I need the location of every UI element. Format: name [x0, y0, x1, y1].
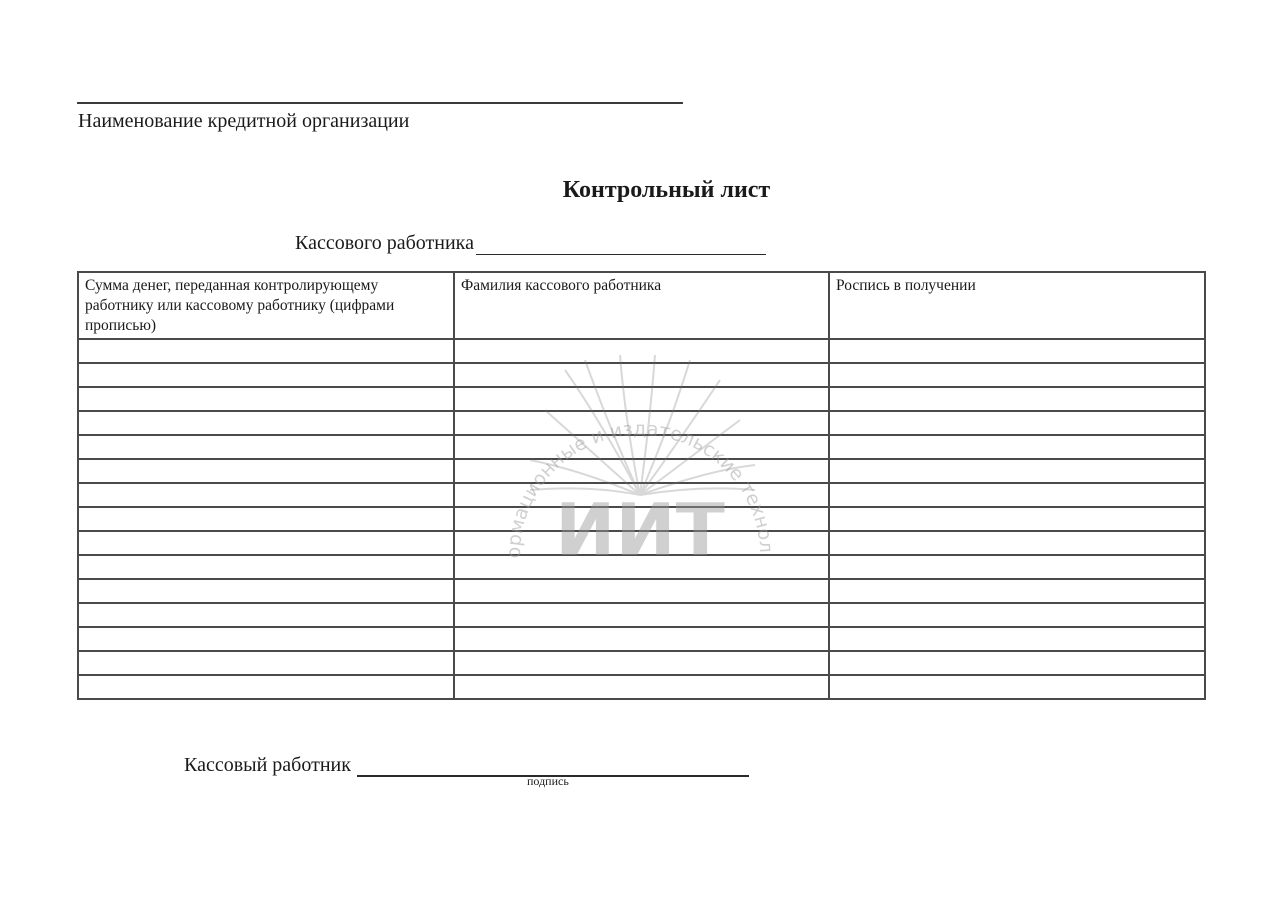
table-row: [78, 603, 1205, 627]
signature-cell[interactable]: [829, 339, 1205, 363]
table-row: [78, 531, 1205, 555]
cashier-surname-cell[interactable]: [454, 339, 829, 363]
cashier-surname-cell[interactable]: [454, 651, 829, 675]
amount-cell[interactable]: [78, 531, 454, 555]
column-header-cashier-surname: Фамилия кассового работника: [454, 272, 829, 339]
table-row: [78, 459, 1205, 483]
amount-cell[interactable]: [78, 555, 454, 579]
signature-cell[interactable]: [829, 579, 1205, 603]
cashier-surname-cell[interactable]: [454, 459, 829, 483]
amount-cell[interactable]: [78, 411, 454, 435]
table-header-row: Сумма денег, переданная контролирующему …: [78, 272, 1205, 339]
table-row: [78, 651, 1205, 675]
amount-cell[interactable]: [78, 363, 454, 387]
amount-cell[interactable]: [78, 435, 454, 459]
cashier-surname-cell[interactable]: [454, 579, 829, 603]
signer-label: Кассовый работник: [184, 754, 351, 777]
column-header-signature: Роспись в получении: [829, 272, 1205, 339]
cashier-surname-cell[interactable]: [454, 675, 829, 699]
table-row: [78, 555, 1205, 579]
cashier-label: Кассового работника: [295, 232, 474, 255]
table-row: [78, 507, 1205, 531]
signature-cell[interactable]: [829, 363, 1205, 387]
signature-cell[interactable]: [829, 507, 1205, 531]
cashier-surname-cell[interactable]: [454, 387, 829, 411]
cashier-field: Кассового работника: [295, 232, 766, 255]
signature-cell[interactable]: [829, 435, 1205, 459]
cashier-signature-field: Кассовый работник: [184, 754, 749, 777]
table-row: [78, 411, 1205, 435]
table-row: [78, 339, 1205, 363]
table-row: [78, 435, 1205, 459]
signature-cell[interactable]: [829, 675, 1205, 699]
signature-cell[interactable]: [829, 627, 1205, 651]
signature-cell[interactable]: [829, 483, 1205, 507]
signature-cell[interactable]: [829, 459, 1205, 483]
cashier-surname-cell[interactable]: [454, 507, 829, 531]
amount-cell[interactable]: [78, 651, 454, 675]
organization-name-label: Наименование кредитной организации: [78, 110, 409, 133]
amount-cell[interactable]: [78, 339, 454, 363]
signature-cell[interactable]: [829, 603, 1205, 627]
organization-name-line[interactable]: [77, 102, 683, 104]
table-row: [78, 363, 1205, 387]
table-row: [78, 483, 1205, 507]
signature-caption: подпись: [527, 774, 569, 789]
cashier-name-blank[interactable]: [476, 234, 766, 255]
amount-cell[interactable]: [78, 675, 454, 699]
column-header-amount: Сумма денег, переданная контролирующему …: [78, 272, 454, 339]
signature-cell[interactable]: [829, 531, 1205, 555]
table-row: [78, 627, 1205, 651]
control-sheet-table: Сумма денег, переданная контролирующему …: [77, 271, 1206, 700]
signature-cell[interactable]: [829, 651, 1205, 675]
cashier-surname-cell[interactable]: [454, 483, 829, 507]
cashier-surname-cell[interactable]: [454, 555, 829, 579]
amount-cell[interactable]: [78, 459, 454, 483]
table-body: [78, 339, 1205, 699]
table-row: [78, 387, 1205, 411]
signature-cell[interactable]: [829, 387, 1205, 411]
cashier-surname-cell[interactable]: [454, 627, 829, 651]
table-row: [78, 579, 1205, 603]
cashier-surname-cell[interactable]: [454, 363, 829, 387]
amount-cell[interactable]: [78, 507, 454, 531]
document-title: Контрольный лист: [0, 177, 1280, 204]
signature-cell[interactable]: [829, 411, 1205, 435]
amount-cell[interactable]: [78, 627, 454, 651]
cashier-surname-cell[interactable]: [454, 435, 829, 459]
amount-cell[interactable]: [78, 603, 454, 627]
amount-cell[interactable]: [78, 387, 454, 411]
signature-cell[interactable]: [829, 555, 1205, 579]
table-row: [78, 675, 1205, 699]
cashier-surname-cell[interactable]: [454, 531, 829, 555]
cashier-surname-cell[interactable]: [454, 603, 829, 627]
cashier-surname-cell[interactable]: [454, 411, 829, 435]
amount-cell[interactable]: [78, 579, 454, 603]
amount-cell[interactable]: [78, 483, 454, 507]
